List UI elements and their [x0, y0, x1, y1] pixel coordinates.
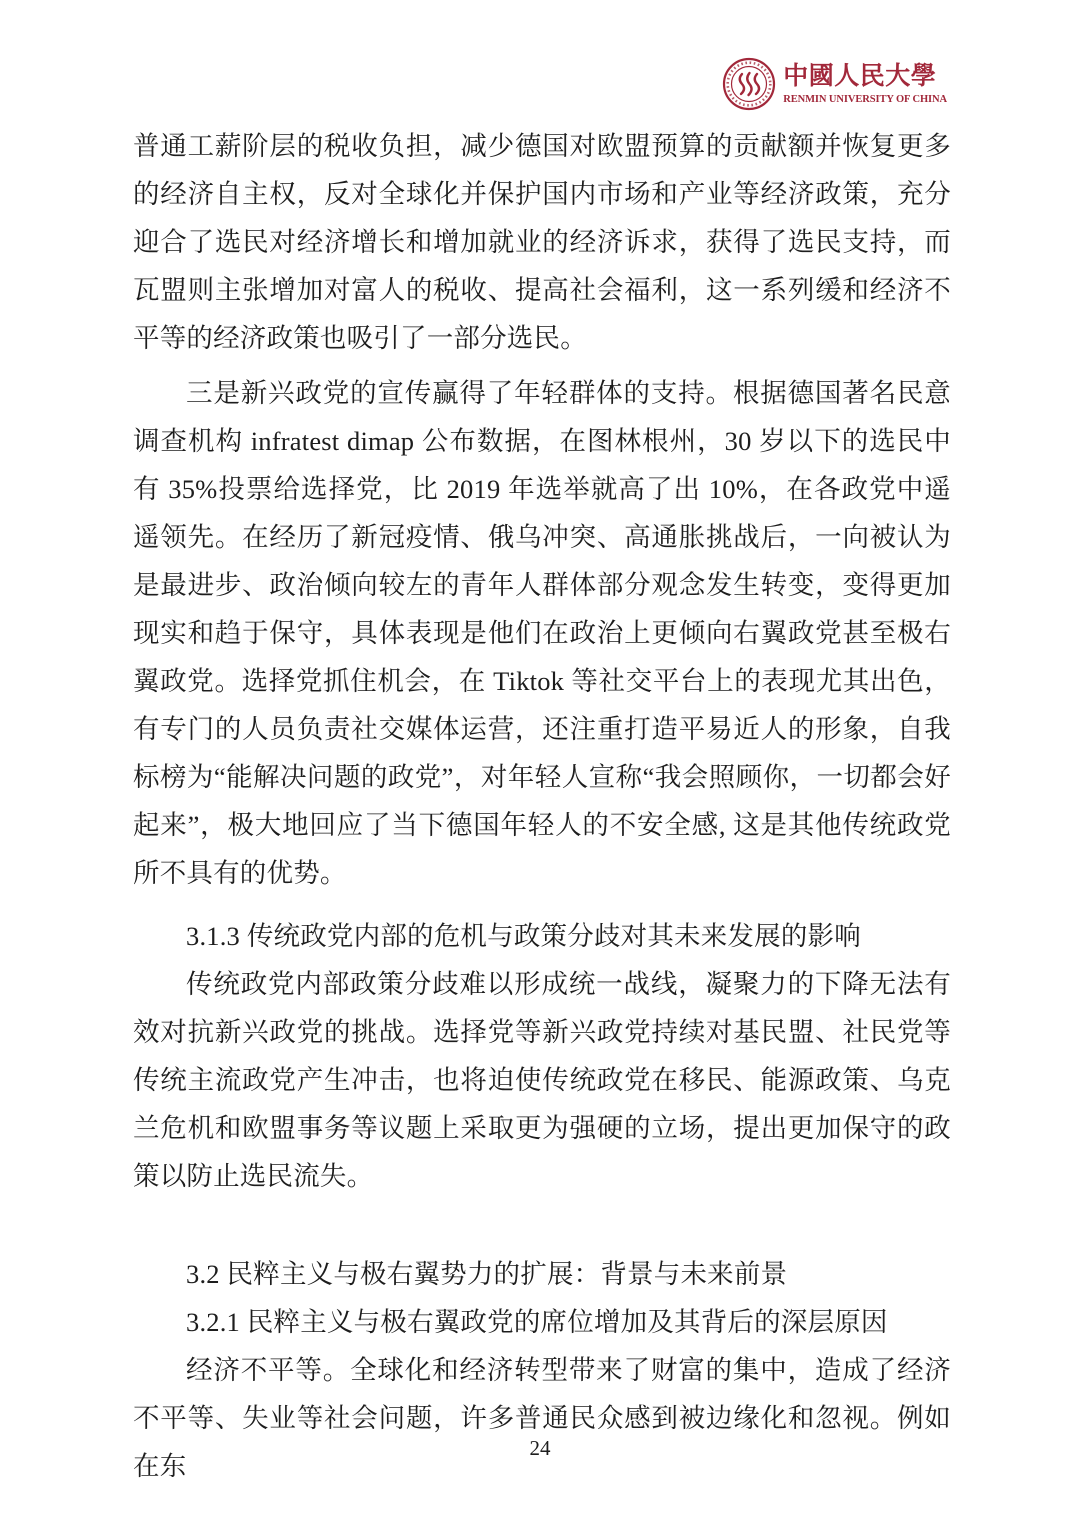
university-logotype: 中國人民大學 RENMIN UNIVERSITY OF CHINA	[783, 63, 947, 105]
page-footer: 24	[0, 1436, 1080, 1461]
paragraph-economic-inequality: 经济不平等。全球化和经济转型带来了财富的集中，造成了经济不平等、失业等社会问题，…	[133, 1346, 951, 1490]
document-body: 普通工薪阶层的税收负担，减少德国对欧盟预算的贡献额并恢复更多的经济自主权，反对全…	[133, 122, 951, 1490]
renmin-university-seal-icon	[722, 57, 776, 111]
university-name-english: RENMIN UNIVERSITY OF CHINA	[783, 94, 947, 105]
paragraph-traditional-parties-crisis: 传统政党内部政策分歧难以形成统一战线，凝聚力的下降无法有效对抗新兴政党的挑战。选…	[133, 960, 951, 1200]
section-heading-3-2-1: 3.2.1 民粹主义与极右翼政党的席位增加及其背后的深层原因	[133, 1298, 951, 1346]
university-name-chinese: 中國人民大學	[783, 63, 936, 91]
section-heading-3-2: 3.2 民粹主义与极右翼势力的扩展：背景与未来前景	[133, 1250, 951, 1298]
page-header: 中國人民大學 RENMIN UNIVERSITY OF CHINA	[722, 57, 947, 111]
page-number: 24	[530, 1436, 551, 1460]
section-heading-3-1-3: 3.1.3 传统政党内部的危机与政策分歧对其未来发展的影响	[133, 912, 951, 960]
document-page: 中國人民大學 RENMIN UNIVERSITY OF CHINA 普通工薪阶层…	[0, 0, 1080, 1527]
paragraph-new-parties-youth: 三是新兴政党的宣传赢得了年轻群体的支持。根据德国著名民意调查机构 infrate…	[133, 369, 951, 897]
paragraph-continuation: 普通工薪阶层的税收负担，减少德国对欧盟预算的贡献额并恢复更多的经济自主权，反对全…	[133, 122, 951, 362]
